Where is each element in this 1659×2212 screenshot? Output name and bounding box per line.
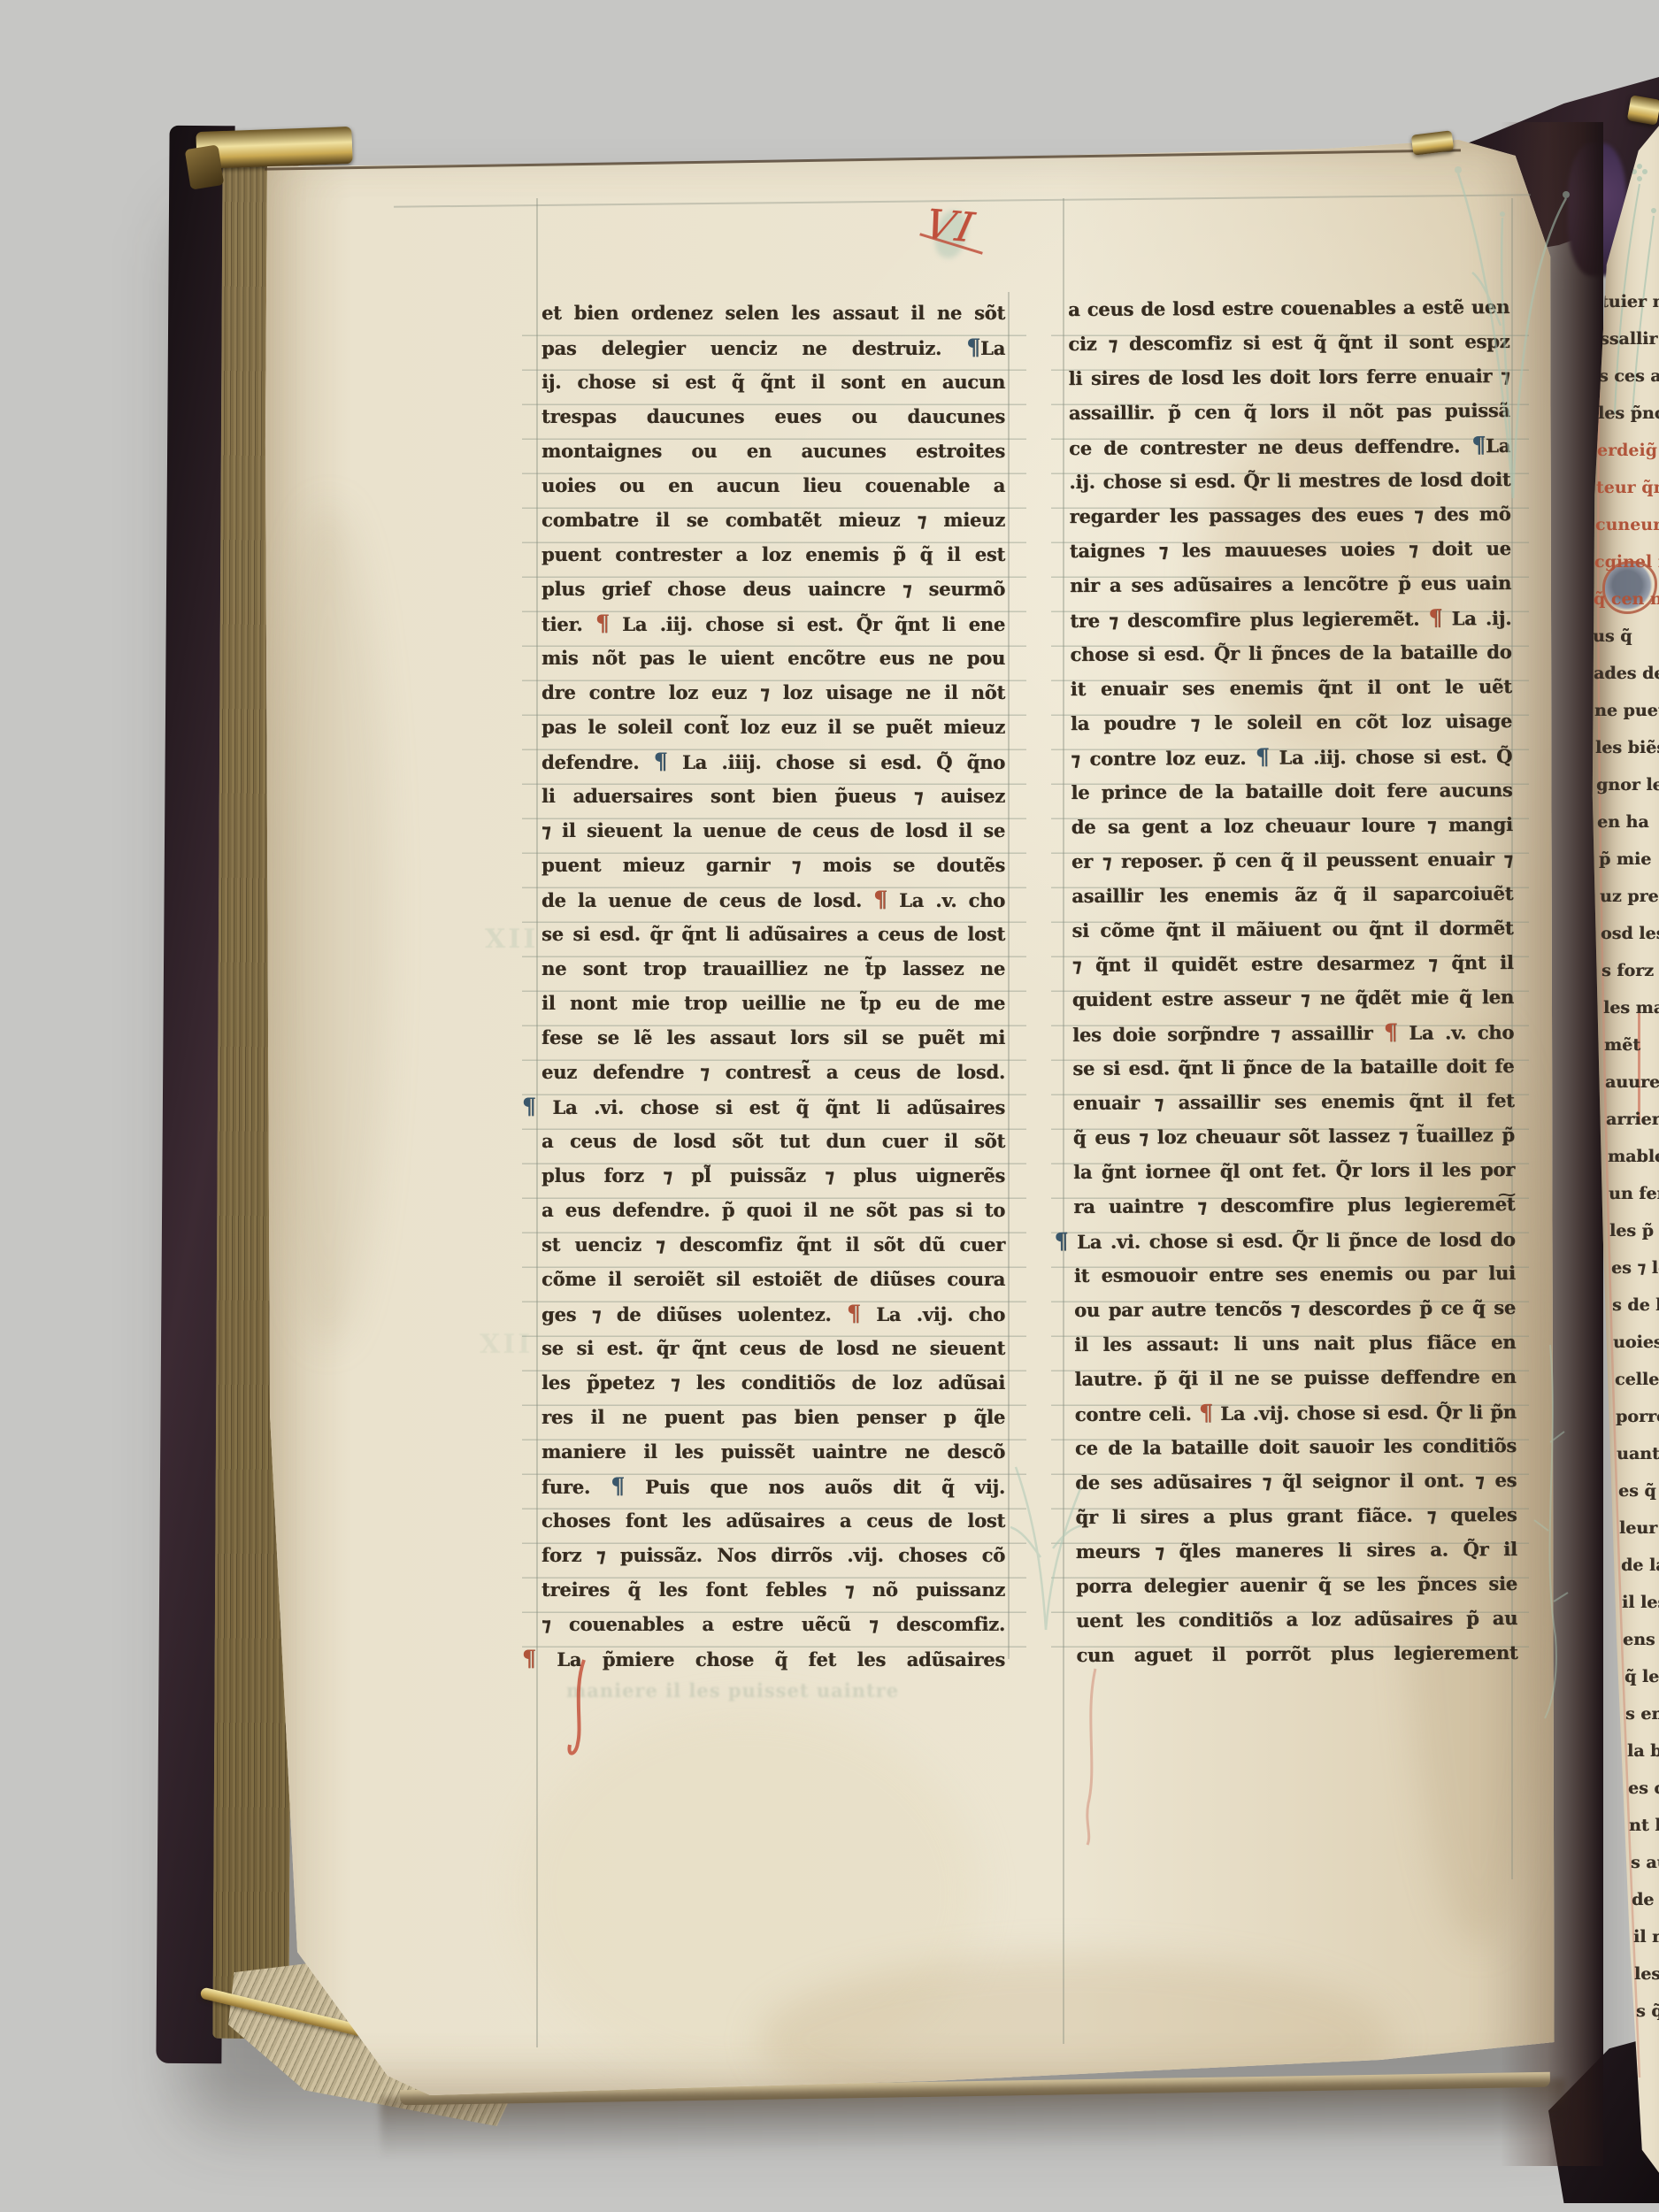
facing-page-text-fragment: arriere [1606, 1110, 1659, 1129]
facing-page-text-fragment: nt le [1629, 1816, 1659, 1835]
pilcrow-mark: ¶ [654, 749, 668, 774]
facing-page-text-fragment: les biẽs [1595, 738, 1659, 757]
facing-page-text-fragment: s en [1625, 1704, 1659, 1724]
text-line: se si esd. q̃r q̃nt li adũsaires a ceus … [541, 917, 1005, 951]
pilcrow-mark: ¶ [1384, 1019, 1398, 1045]
facing-page-text-fragment: un fer [1609, 1184, 1659, 1203]
text-line: nir a ses adũsaires a lencõtre p̃ eus ua… [1070, 565, 1511, 603]
text-line: ce de la bataille doit sauoir les condit… [1075, 1428, 1517, 1465]
text-line: defendre. ¶ La .iiij. chose si esd. Q̃ q… [541, 744, 1005, 779]
text-line: ij. chose si est q̃ q̃nt il sont en aucu… [541, 365, 1005, 399]
facing-page-text-fragment: cginel il [1594, 552, 1659, 572]
facing-page-text-fragment: mables [1608, 1147, 1659, 1166]
facing-page-text-fragment: osd les [1601, 924, 1659, 943]
text-line: il nont mie trop ueillie ne t̃p eu de me [541, 986, 1005, 1020]
facing-page-text-fragment: uz pre [1600, 887, 1659, 906]
facing-page-text-fragment: es q̃ [1618, 1481, 1656, 1501]
facing-page-text-fragment: mẽt [1604, 1035, 1640, 1055]
text-line: la g̃nt iornee q̃l ont fet. Q̃r lors il … [1073, 1152, 1515, 1189]
pilcrow-mark: ¶ [847, 1301, 861, 1326]
text-line: li aduersaires sont bien p̃ueus ⁊ auisez [541, 779, 1005, 813]
facing-page-text-fragment: de la [1621, 1555, 1659, 1575]
parchment-stain [271, 504, 386, 1345]
facing-page-text-fragment: us q̃ [1593, 626, 1632, 646]
facing-page-text-fragment: de lo [1632, 1890, 1659, 1909]
text-line: quident estre asseur ⁊ ne q̃dẽt mie q̃ l… [1072, 979, 1514, 1017]
text-line: le prince de la bataille doit fere aucun… [1071, 772, 1512, 810]
text-line: a ceus de losd estre couenables a estẽ u… [1068, 289, 1509, 326]
text-line: treires q̃ les font febles ⁊ nõ puissanz [541, 1572, 1005, 1607]
text-line: er ⁊ reposer. p̃ cen q̃ il peussent enua… [1071, 841, 1513, 879]
facing-page-text-fragment: ades de [1594, 664, 1659, 683]
text-line: regarder les passages des eues ⁊ des mõ [1069, 496, 1510, 534]
facing-page-text-fragment: les p̃nces [1598, 403, 1659, 423]
facing-page-text-fragment: leur [1619, 1518, 1657, 1538]
text-line: meurs ⁊ q̃les maneres li sires a. Q̃r il [1076, 1532, 1517, 1569]
text-line: asaillir les enemis ãz q̃ il saparcoiuẽt [1071, 876, 1513, 913]
text-line: se si est. q̃r q̃nt ceus de losd ne sieu… [541, 1331, 1005, 1365]
facing-page-text-fragment: en ha [1597, 812, 1649, 832]
text-line: ciz ⁊ descomfiz si est q̃ q̃nt il sont e… [1068, 324, 1509, 361]
text-line: ra uaintre ⁊ descomfire plus legiereme͠t [1073, 1187, 1515, 1224]
text-line: si cõme q̃nt il mãiuent ou q̃nt il dormẽ… [1071, 910, 1513, 948]
facing-page-text-fragment: erdeig̃ cõ [1597, 441, 1659, 460]
text-line: ¶ La .vi. chose si esd. Q̃r li p̃nce de … [1073, 1221, 1515, 1258]
text-line: q̃ eus ⁊ loz cheuaur sõt lassez ⁊ t̃uail… [1073, 1118, 1515, 1155]
facing-page-text-fragment: cuneur t [1595, 515, 1659, 534]
red-stroke-facing [1638, 1009, 1640, 1124]
text-line: plus forz ⁊ pl̃ puissãz ⁊ plus uignerẽs [541, 1158, 1005, 1193]
facing-page-text-fragment: celles [1615, 1370, 1659, 1389]
penwork-spray-top [1448, 149, 1580, 511]
text-line: de la uenue de ceus de losd. ¶ La .v. ch… [541, 882, 1005, 917]
pilcrow-mark: ¶ [966, 334, 980, 360]
text-line: trespas daucunes eues ou daucunes [541, 399, 1005, 434]
facing-page-text-fragment: s au [1631, 1853, 1659, 1872]
pilcrow-mark: ¶ [1256, 744, 1270, 770]
facing-page-text-fragment: les e [1634, 1964, 1659, 1984]
red-descender-flourish-faint [1078, 1662, 1125, 1852]
facing-page-text-fragment: les p̃ [1609, 1221, 1654, 1240]
facing-page-text-fragment: s forz [1601, 961, 1654, 980]
text-line: chose si esd. Q̃r li p̃nces de la batail… [1070, 634, 1511, 672]
text-line: st uenciz ⁊ descomfiz q̃nt il sõt dũ cue… [541, 1227, 1005, 1262]
text-line: ou par autre tencõs ⁊ descordes p̃ ce q̃… [1074, 1290, 1516, 1327]
text-line: ne sont trop trauailliez ne t̃p lassez n… [541, 951, 1005, 986]
margin-mark: XII [485, 924, 538, 955]
text-line: ges ⁊ de diũses uolentez. ¶ La .vij. cho [541, 1296, 1005, 1331]
pilcrow-mark: ¶ [522, 1646, 536, 1671]
text-line: .ij. chose si esd. Q̃r li mestres de los… [1069, 462, 1510, 499]
text-line: taignes ⁊ les mauueses uoies ⁊ doit ue [1070, 531, 1511, 568]
pilcrow-mark: ¶ [1054, 1228, 1068, 1254]
penwork-spray-bottom [989, 1442, 1113, 1637]
facing-page-text-fragment: s q̃ [1636, 2001, 1659, 2021]
facing-page-text-fragment: les ma [1603, 998, 1659, 1018]
text-line: res il ne puent pas bien penser p q̃le [541, 1400, 1005, 1434]
text-line: it esmouoir entre ses enemis ou par lui [1074, 1256, 1516, 1293]
text-line: choses font les adũsaires a ceus de lost [541, 1503, 1005, 1538]
text-line: contre celi. ¶ La .vij. chose si esd. Q̃… [1075, 1394, 1517, 1431]
facing-page-text-fragment: p̃ mie [1599, 849, 1651, 869]
text-line: pas delegier uenciz ne destruiz. ¶La [541, 330, 1005, 365]
manuscript-photo: VI XII XII et bien ordenez selen les ass… [0, 0, 1659, 2212]
facing-page-text-fragment: ssallir les [1600, 329, 1659, 349]
brass-corner-fitting-icon [1627, 95, 1659, 125]
text-line: tier. ¶ La .iij. chose si est. Q̃r q̃nt … [541, 606, 1005, 641]
pilcrow-mark: ¶ [1199, 1400, 1213, 1425]
pilcrow-mark: ¶ [595, 611, 610, 636]
text-line: puent contrester a loz enemis p̃ q̃ il e… [541, 537, 1005, 572]
text-line: ⁊ couenables a estre uẽcũ ⁊ descomfiz. [541, 1607, 1005, 1641]
facing-page-text-fragment: q̃ cen n [1594, 589, 1659, 609]
show-through-text: maniere il les puisset uaintre [566, 1679, 1009, 1701]
text-line: dre contre loz euz ⁊ loz uisage ne il nõ… [541, 675, 1005, 710]
text-line: porra delegier auenir q̃ se les p̃nces s… [1076, 1566, 1517, 1603]
text-line: fure. ¶ Puis que nos auõs dit q̃ vij. [541, 1469, 1005, 1503]
text-line: de sa gent a loz cheuaur loure ⁊ mangi [1071, 807, 1513, 844]
text-line: euz defendre ⁊ contrest̃ a ceus de losd. [541, 1055, 1005, 1089]
text-line: pas le soleil cont̃ loz euz il se puẽt m… [541, 710, 1005, 744]
ruling-vertical [1063, 198, 1064, 2044]
text-line: uoies ou en aucun lieu couenable a [541, 468, 1005, 503]
facing-page-text-fragment: la ba [1627, 1741, 1659, 1761]
text-line: mis nõt pas le uient encõtre eus ne pou [541, 641, 1005, 675]
facing-page-text-fragment: auures [1605, 1072, 1659, 1092]
pilcrow-mark: ¶ [522, 1094, 536, 1119]
text-line: ¶ La .vi. chose si est q̃ q̃nt li adũsai… [541, 1089, 1005, 1124]
text-line: lautre. p̃ q̃i il ne se puisse deffendre… [1074, 1359, 1516, 1396]
margin-mark: XII [480, 1329, 533, 1360]
text-line: il les assaut: li uns nait plus fiãce en [1074, 1325, 1516, 1362]
text-line: a eus defendre. p̃ quoi il ne sõt pas si… [541, 1193, 1005, 1227]
column-left-lines: et bien ordenez selen les assaut il ne s… [541, 296, 1005, 1676]
pilcrow-mark: ¶ [1428, 604, 1442, 630]
facing-page-text-fragment: teur q̃nt [1596, 478, 1659, 497]
text-line: enuair ⁊ assaillir ses enemis q̃nt il fe… [1072, 1083, 1514, 1120]
ruling-vertical [536, 198, 538, 2047]
pilcrow-mark: ¶ [873, 887, 887, 912]
text-line: ⁊ contre loz euz. ¶ La .iij. chose si es… [1071, 738, 1512, 775]
text-line: se si esd. q̃nt li p̃nce de la bataille … [1072, 1048, 1514, 1086]
text-line: plus grief chose deus uaincre ⁊ seurmõ [541, 572, 1005, 606]
text-line: puent mieuz garnir ⁊ mois se doutẽs [541, 848, 1005, 882]
facing-page-text-fragment: q̃ les [1624, 1667, 1659, 1686]
pilcrow-mark: ¶ [611, 1473, 625, 1499]
facing-page-text-fragment: tuier noiẽ [1601, 292, 1659, 311]
text-line: ce de contrester ne deus deffendre. ¶La [1069, 427, 1510, 465]
brass-clasp-base-icon [185, 144, 225, 189]
text-line: et bien ordenez selen les assaut il ne s… [541, 296, 1005, 330]
facing-page-text-fragment: il les [1622, 1593, 1659, 1612]
text-line: tre ⁊ descomfire plus legieremẽt. ¶ La .… [1070, 600, 1511, 637]
text-line: maniere il les puissẽt uaintre ne descõ [541, 1434, 1005, 1469]
text-line: de ses adũsaires ⁊ q̃l seignor il ont. ⁊… [1075, 1463, 1517, 1500]
red-descender-flourish [563, 1653, 625, 1786]
text-line: ⁊ il sieuent la uenue de ceus de losd il… [541, 813, 1005, 848]
text-line: cun aguet il porrõt plus legierement [1076, 1635, 1517, 1672]
facing-page-text-fragment: uoies [1613, 1333, 1659, 1352]
text-line: les doie sorp̃ndre ⁊ assaillir ¶ La .v. … [1072, 1014, 1514, 1051]
facing-page-text-fragment: ens [1623, 1630, 1655, 1649]
text-line: ⁊ q̃nt il quidẽt estre desarmez ⁊ q̃nt i… [1072, 945, 1514, 982]
facing-page-text-fragment: es ⁊ les [1611, 1258, 1659, 1278]
facing-page-text-fragment: ne puet [1594, 701, 1659, 720]
facing-page-text-fragment: il ne [1633, 1927, 1659, 1947]
facing-page-text-fragment: uant [1617, 1444, 1659, 1463]
text-line: montaignes ou en aucunes estroites [541, 434, 1005, 468]
text-line: cõme il seroiẽt sil estoiẽt de diũses co… [541, 1262, 1005, 1296]
facing-page-text-fragment: es co [1628, 1778, 1659, 1798]
text-line: fese se lẽ les assaut lors sil se puẽt m… [541, 1020, 1005, 1055]
text-line: li sires de losd les doit lors ferre enu… [1068, 358, 1509, 396]
text-line: it enuair ses enemis q̃nt il ont le uẽt [1071, 669, 1512, 706]
text-line: combatre il se combatẽt mieuz ⁊ mieuz [541, 503, 1005, 537]
text-line: les p̃petez ⁊ les conditiõs de loz adũsa… [541, 1365, 1005, 1400]
facing-page-text-fragment: s ces auu [1599, 366, 1659, 386]
text-line: q̃r li sires a plus grant fiãce. ⁊ quele… [1075, 1497, 1517, 1534]
text-line: uent les conditiõs a loz adũsaires p̃ au [1076, 1601, 1517, 1638]
penwork-spray-margin [1524, 1336, 1586, 1725]
text-line: forz ⁊ puissãz. Nos dirrõs .vij. choses … [541, 1538, 1005, 1572]
text-line: la poudre ⁊ le soleil en cõt loz uisage [1071, 703, 1512, 741]
text-line: assaillir. p̃ cen q̃ lors il nõt pas pui… [1069, 393, 1510, 430]
facing-page-text-fragment: gnor le [1596, 775, 1659, 795]
text-line: a ceus de losd sõt tut dun cuer il sõt [541, 1124, 1005, 1158]
facing-page-text-fragment: porrõ [1616, 1407, 1659, 1426]
facing-page-text-fragment: s de b [1612, 1295, 1659, 1315]
